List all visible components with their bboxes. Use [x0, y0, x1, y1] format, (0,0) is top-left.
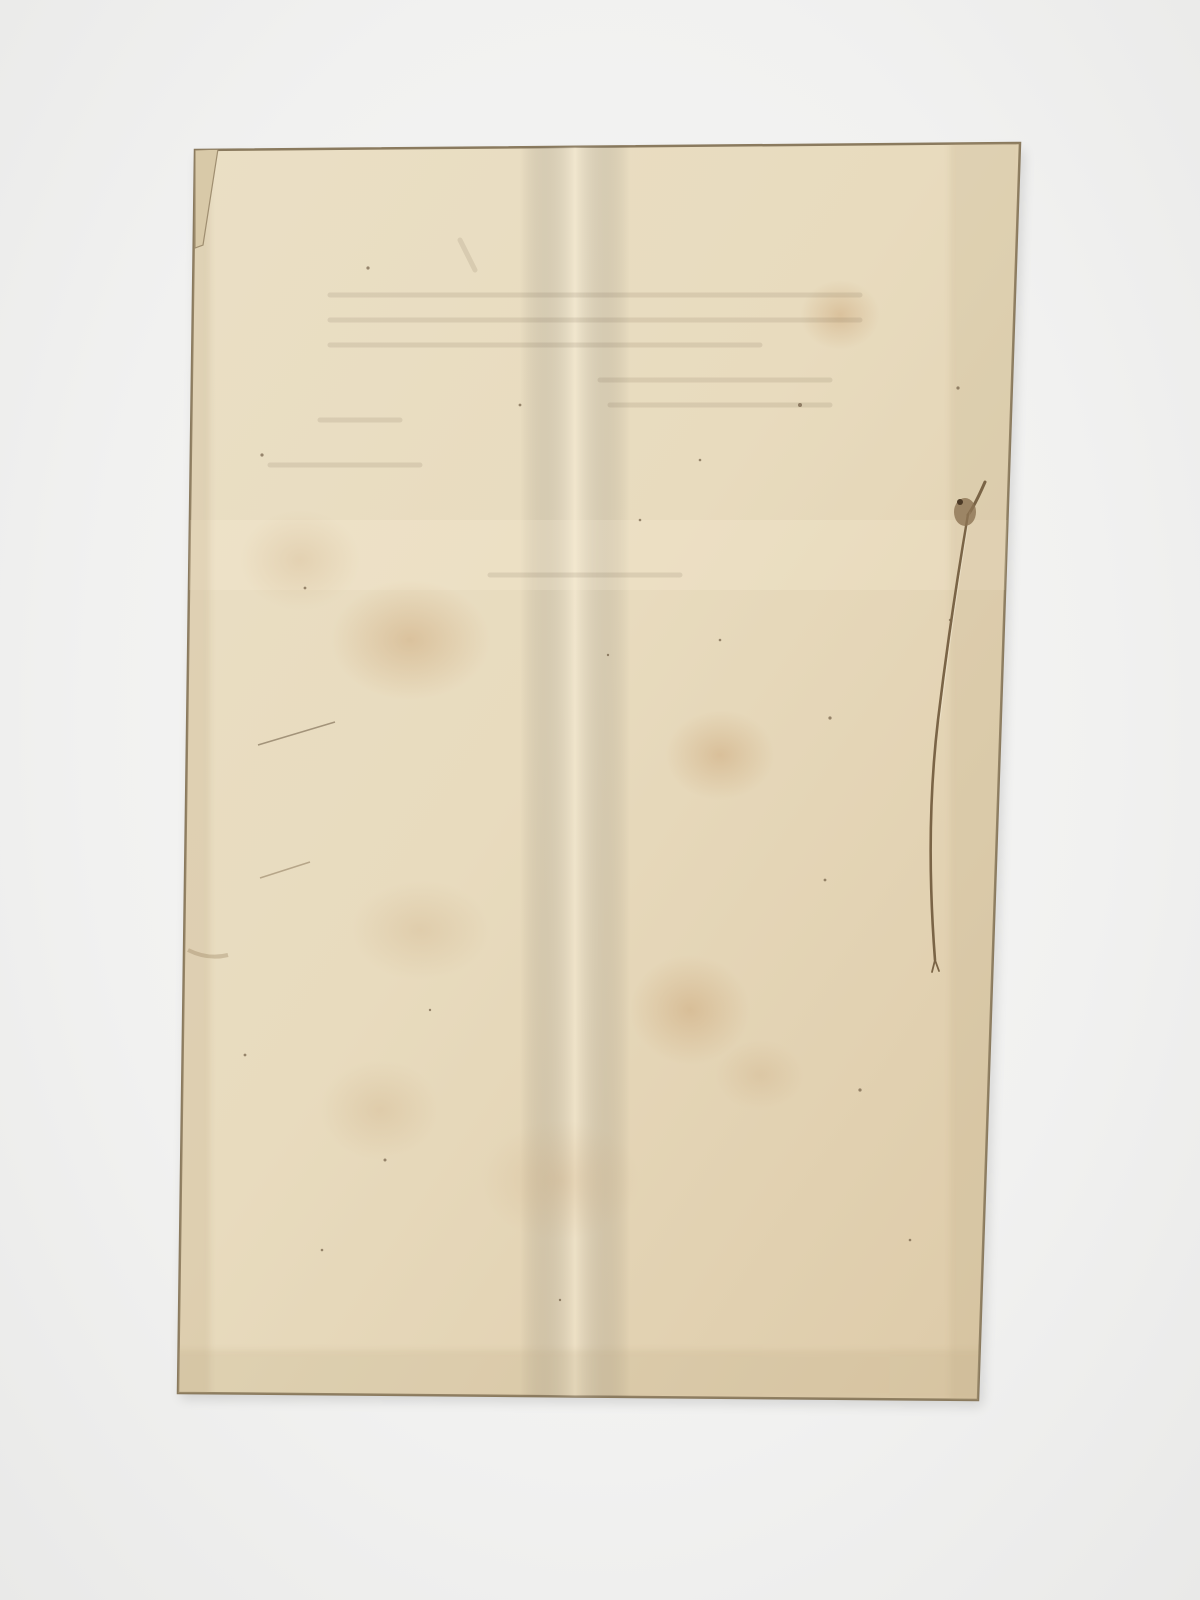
aged-paper-sheet — [0, 0, 1200, 1600]
photo-scene: Back side of an aged, blank paper leaf p… — [0, 0, 1200, 1600]
